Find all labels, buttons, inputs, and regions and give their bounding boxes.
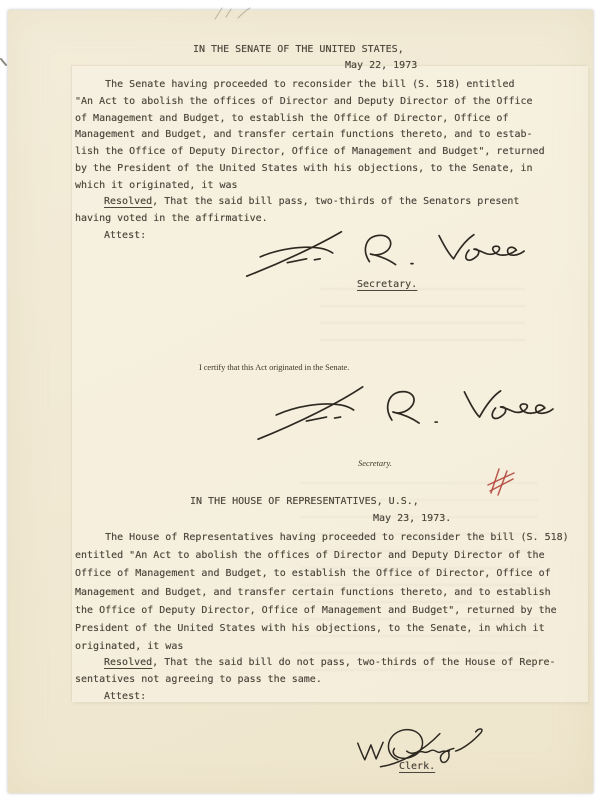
- senate-date: May 22, 1973: [345, 58, 417, 75]
- edge-mark: [0, 58, 9, 68]
- scanned-document: IN THE SENATE OF THE UNITED STATES, May …: [0, 0, 600, 800]
- senate-body-paragraph: The Senate having proceeded to reconside…: [75, 77, 545, 195]
- house-resolved-line: Resolved, That the said bill do not pass…: [104, 655, 556, 672]
- house-heading: IN THE HOUSE OF REPRESENTATIVES, U.S.,: [190, 494, 419, 511]
- red-hash-mark: [486, 466, 516, 498]
- senate-resolved-line: Resolved, That the said bill pass, two-t…: [104, 194, 519, 211]
- resolved-rest: , That the said bill do not pass, two-th…: [152, 657, 555, 668]
- house-attest-label: Attest:: [104, 689, 146, 706]
- senate-attest-label: Attest:: [104, 228, 146, 245]
- pencil-mark: [205, 5, 257, 23]
- certification-text: I certify that this Act originated in th…: [199, 362, 349, 372]
- resolved-rest: , That the said bill pass, two-thirds of…: [152, 196, 519, 207]
- house-date: May 23, 1973.: [373, 511, 451, 528]
- senate-heading: IN THE SENATE OF THE UNITED STATES,: [193, 42, 404, 59]
- ink-showthrough: [320, 288, 525, 346]
- resolved-word: Resolved: [104, 657, 152, 668]
- house-clerk-label: Clerk.: [399, 759, 435, 776]
- senate-secretary-label: Secretary.: [357, 277, 417, 294]
- valeo-signature-senate: [233, 224, 533, 282]
- valeo-signature-certification: [250, 378, 562, 444]
- house-resolved-continuation: sentatives not agreeing to pass the same…: [75, 672, 322, 689]
- house-body-paragraph: The House of Representatives having proc…: [75, 529, 569, 656]
- resolved-word: Resolved: [104, 196, 152, 207]
- certification-secretary-label: Secretary.: [358, 458, 392, 468]
